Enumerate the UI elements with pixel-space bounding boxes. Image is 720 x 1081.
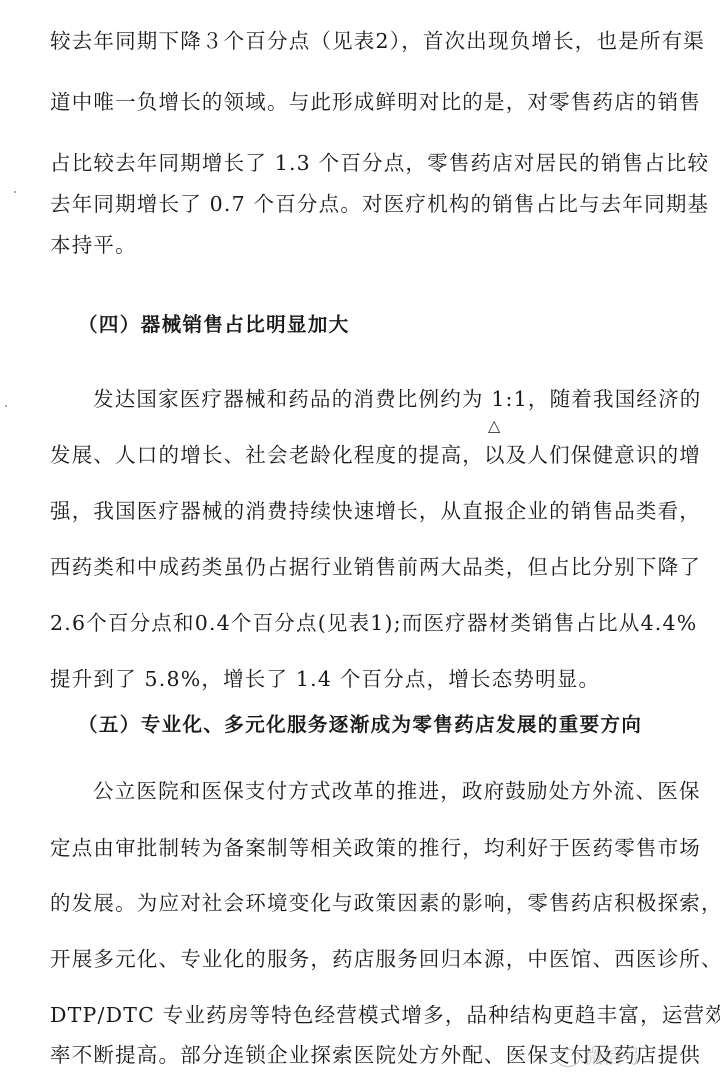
scan-speck	[14, 191, 16, 193]
section-4-line-2: 发展、人口的增长、社会老龄化程度的提高，以及人们保健意识的增	[50, 440, 700, 470]
paragraph-1-line-1: 较去年同期下降３个百分点（见表2），首次出现负增长，也是所有渠	[50, 26, 700, 56]
watermark-text: 微信号	[584, 1046, 641, 1068]
section-5-line-2: 定点由审批制转为备案制等相关政策的推行，均利好于医药零售市场	[50, 833, 700, 863]
margin-triangle-mark: △	[488, 416, 500, 435]
section-4-line-4: 西药类和中成药类虽仍占据行业销售前两大品类，但占比分别下降了	[50, 552, 700, 582]
paragraph-1-line-5: 本持平。	[50, 230, 700, 260]
section-4-line-1: 发达国家医疗器械和药品的消费比例约为 1:1，随着我国经济的	[93, 384, 720, 414]
section-5-line-4: 开展多元化、专业化的服务，药店服务回归本源，中医馆、西医诊所、	[50, 944, 700, 974]
watermark: 微信号	[556, 1042, 641, 1069]
scan-speck	[5, 405, 7, 407]
section-5-line-1: 公立医院和医保支付方式改革的推进，政府鼓励处方外流、医保	[93, 776, 720, 806]
section-4-line-6: 提升到了 5.8%，增长了 1.4 个百分点，增长态势明显。	[50, 664, 700, 694]
paragraph-1-line-2: 道中唯一负增长的领域。与此形成鲜明对比的是，对零售药店的销售	[50, 87, 700, 117]
section-5-line-5: DTP/DTC 专业药房等特色经营模式增多，品种结构更趋丰富，运营效	[50, 1000, 700, 1030]
paragraph-1-line-3: 占比较去年同期增长了 1.3 个百分点，零售药店对居民的销售占比较	[50, 148, 700, 178]
paragraph-1-line-4: 去年同期增长了 0.7 个百分点。对医疗机构的销售占比与去年同期基	[50, 189, 700, 219]
wechat-icon	[556, 1049, 580, 1067]
section-5-heading: （五）专业化、多元化服务逐渐成为零售药店发展的重要方向	[78, 710, 720, 740]
section-4-line-5: 2.6个百分点和0.4个百分点(见表1);而医疗器材类销售占比从4.4%	[50, 608, 700, 638]
section-5-line-3: 的发展。为应对社会环境变化与政策因素的影响，零售药店积极探索，	[50, 888, 700, 918]
section-4-line-3: 强，我国医疗器械的消费持续快速增长，从直报企业的销售品类看，	[50, 496, 700, 526]
section-4-heading: （四）器械销售占比明显加大	[78, 310, 720, 340]
